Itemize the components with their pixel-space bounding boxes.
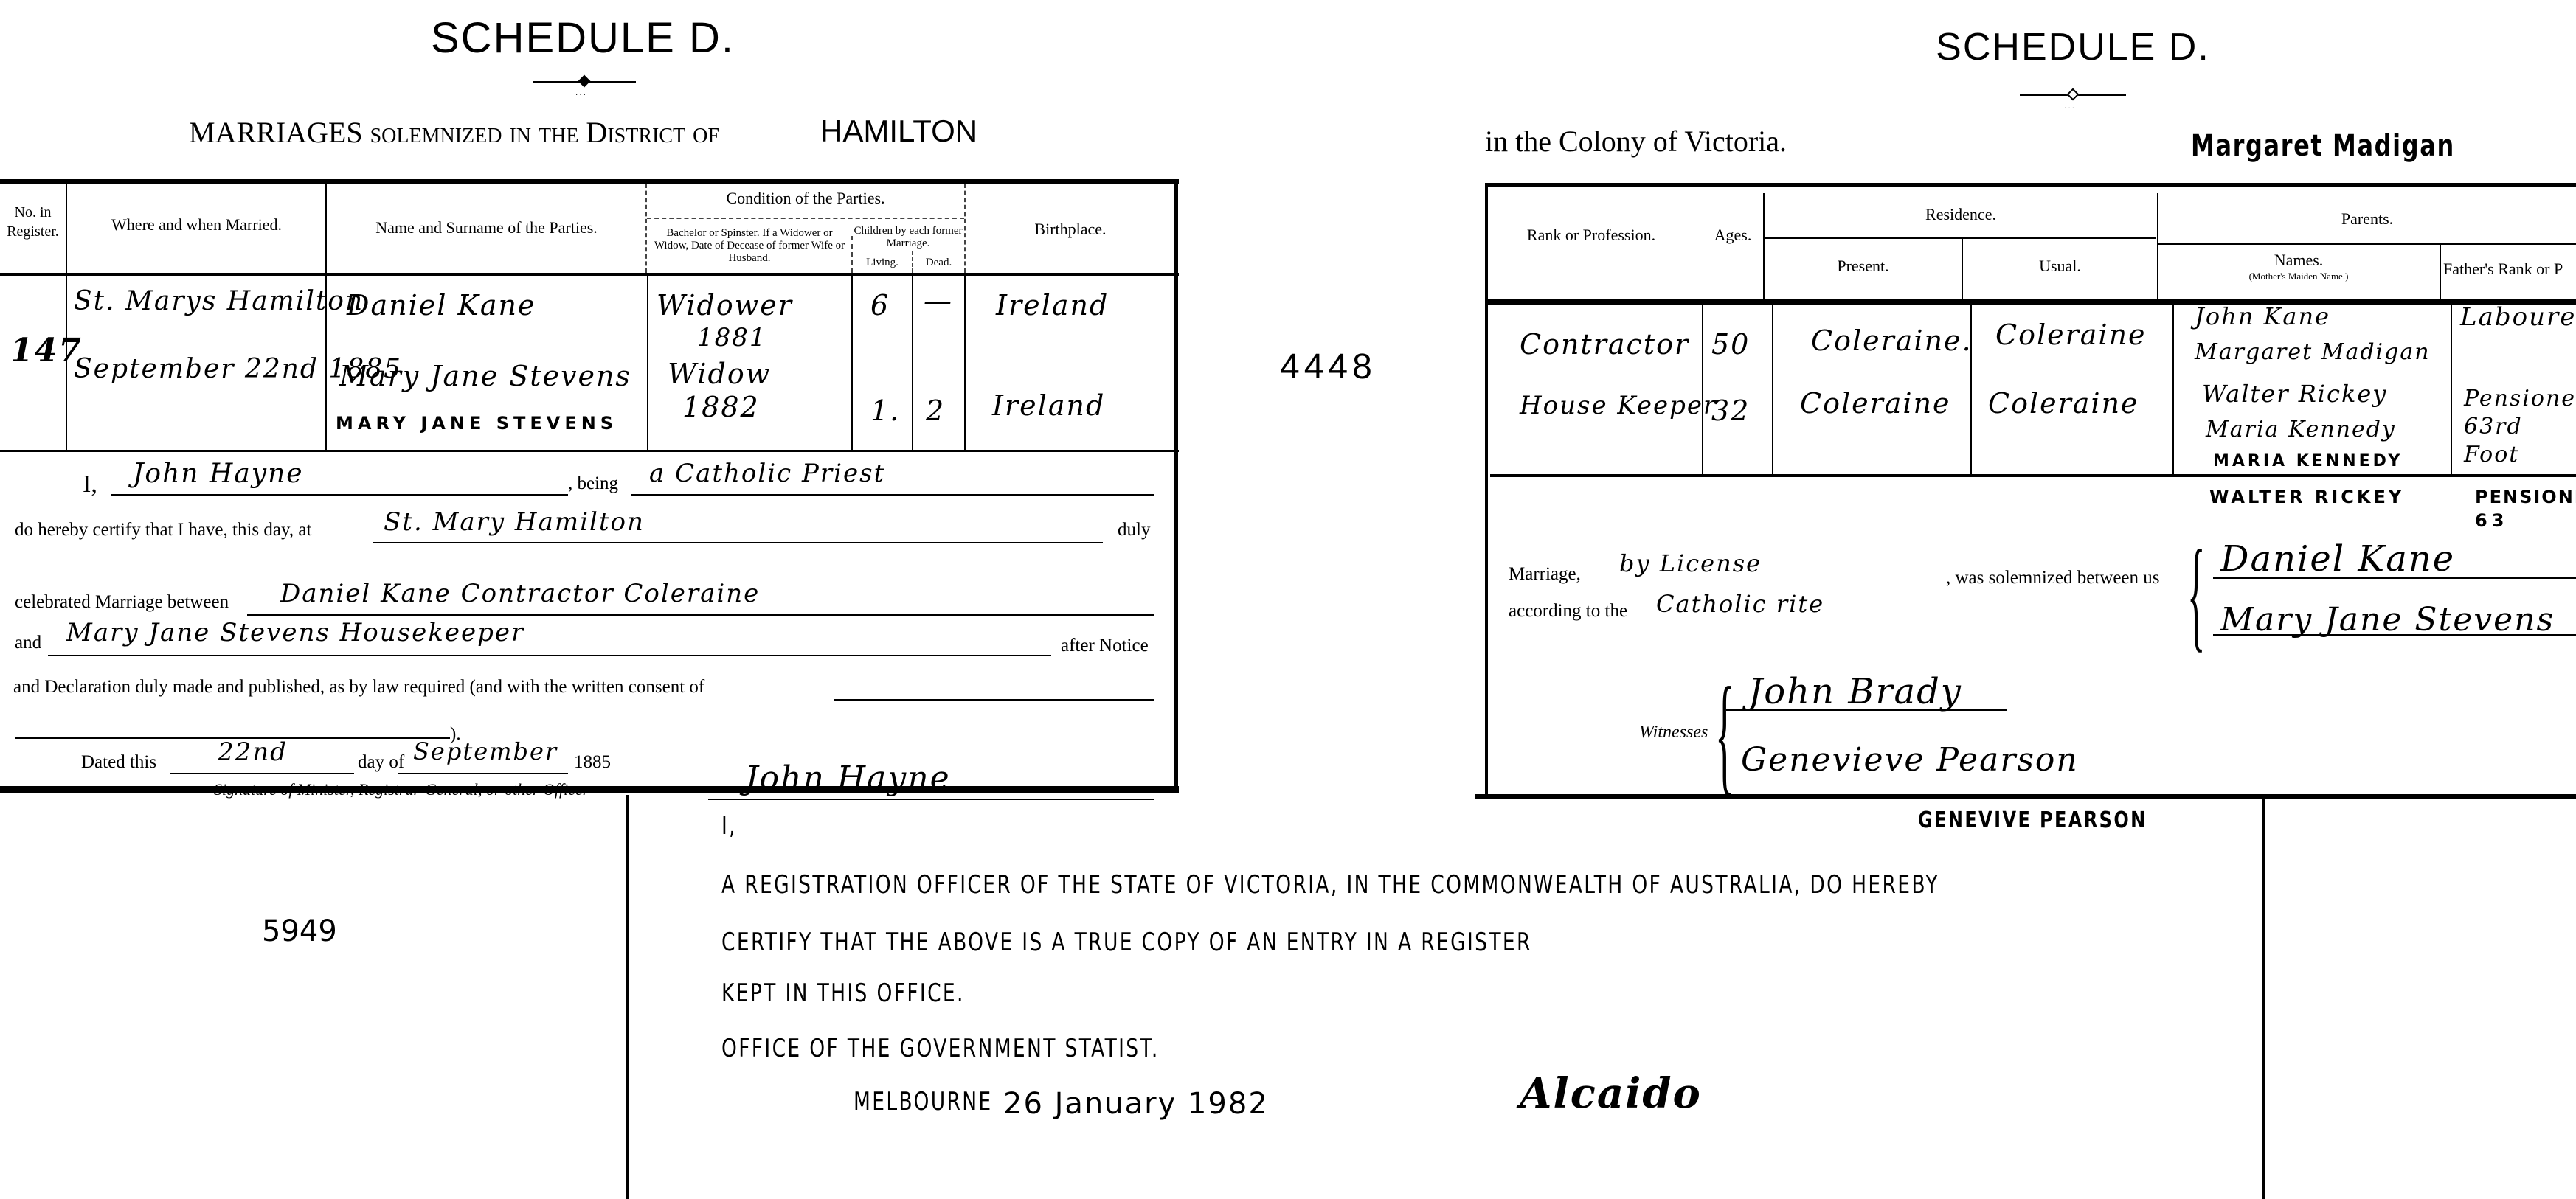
reference-number: 4448 [1280,347,1377,387]
marriage-place: St. Marys Hamilton [74,286,364,316]
header-usual: Usual. [1963,257,2157,276]
certificate-file-number: 5949 [262,914,337,948]
header-dead: Dead. [913,257,964,269]
header-residence: Residence. [1765,205,2157,224]
certificate-line-4: OFFICE OF THE GOVERNMENT STATIST. [721,1034,1160,1063]
certificate-date: 26 January 1982 [1003,1087,1269,1121]
party1-details: Daniel Kane Contractor Coleraine [280,579,760,608]
groom-father-name: John Kane [2195,302,2330,330]
district-name: HAMILTON [820,114,977,149]
bride-present-residence: Coleraine [1800,387,1951,420]
header-ages: Ages. [1704,226,1762,245]
groom-profession: Contractor [1520,328,1689,361]
header-names-sub: (Mother's Maiden Name.) [2158,270,2439,282]
certify-text: do hereby certify that I have, this day,… [15,520,311,541]
bride-children-dead: 2 [926,395,945,427]
header-living: Living. [853,257,912,269]
heading-prefix: MARRIAGES solemnized in the District of [189,116,719,149]
ceremony-location: St. Mary Hamilton [384,507,645,537]
groom-children-dead: — [924,285,953,317]
party2-signature: Mary Jane Stevens [2220,601,2555,639]
right-schedule-title: SCHEDULE D. [1918,25,2228,69]
according-label: according to the [1509,601,1627,622]
being-label: , being [568,473,618,494]
rank-printed-annotation: PENSIONER [2475,487,2576,507]
certificate-line-2: CERTIFY THAT THE ABOVE IS A TRUE COPY OF… [721,928,1532,957]
groom-condition-year: 1881 [697,323,767,352]
header-fathers-rank: Father's Rank or P [2443,260,2576,279]
header-where-when: Where and when Married. [68,215,325,234]
groom-birthplace: Ireland [996,289,1109,322]
header-name-surname: Name and Surname of the Parties. [328,218,645,237]
marriage-label: Marriage, [1509,564,1581,585]
left-ornament-icon: ··· [533,74,636,103]
header-birthplace: Birthplace. [966,220,1174,239]
solemnized-between-label: , was solemnized between us [1946,568,2160,588]
witness2-signature: Genevieve Pearson [1741,741,2079,779]
party1-signature: Daniel Kane [2220,538,2455,580]
celebrated-label: celebrated Marriage between [15,592,229,613]
after-notice-label: after Notice [1061,636,1149,656]
groom-present-residence: Coleraine. [1811,324,1973,357]
declaration-text: and Declaration duly made and published,… [13,677,704,698]
bride-birthplace: Ireland [992,389,1105,422]
groom-father-rank: Labourer [2460,302,2576,332]
witness1-signature: John Brady [1748,671,1962,712]
declaration-i-label: I, [83,470,97,498]
witness-brace-icon: { [1715,667,1734,800]
header-children: Children by each former Marriage. [853,225,963,250]
minister-signature: John Hayne [745,760,951,797]
groom-usual-residence: Coleraine [1995,319,2147,351]
certificate-line-3: KEPT IN THIS OFFICE. [721,979,965,1008]
bride-children-living: 1. [870,395,900,427]
certifying-officer-signature: Alcaido [1520,1069,1702,1118]
dated-day: 22nd [218,737,288,767]
certificate-line-1: A REGISTRATION OFFICER OF THE STATE OF V… [721,870,1939,900]
according-rite: Catholic rite [1656,590,1824,618]
annotation-name: Margaret Madigan [2191,129,2455,163]
left-schedule-title: SCHEDULE D. [428,13,738,63]
groom-children-living: 6 [870,289,890,322]
header-present: Present. [1765,257,1962,276]
district-heading: MARRIAGES solemnized in the District of [189,115,719,150]
groom-age: 50 [1711,328,1750,361]
day-of-label: day of [358,752,404,773]
certificate-i-label: I, [721,811,737,841]
party-brace-icon: { [2187,531,2205,656]
dated-year: 1885 [574,752,611,773]
bride-age: 32 [1711,395,1750,427]
header-condition: Condition of the Parties. [647,189,964,208]
bride-mother-name: Maria Kennedy [2206,417,2396,442]
bride-father-rank: Pensioner 63rd Foot [2464,385,2576,469]
header-names: Names. [2158,251,2439,270]
colony-heading: in the Colony of Victoria. [1485,124,1787,159]
bride-mother-printed: MARIA KENNEDY [2213,452,2403,470]
bride-usual-residence: Coleraine [1988,387,2139,420]
father-printed-annotation: WALTER RICKEY [2209,487,2404,507]
header-rank-profession: Rank or Profession. [1488,226,1694,245]
groom-mother-name: Margaret Madigan [2195,339,2431,365]
rank-number-annotation: 63 [2475,510,2508,531]
groom-condition: Widower [657,289,793,322]
bride-condition-year: 1882 [682,391,760,423]
dated-label: Dated this [81,752,156,773]
register-number: 147 [10,332,83,369]
right-ornament-icon: ··· [2020,87,2126,117]
dated-month: September [413,737,558,765]
groom-name: Daniel Kane [347,289,536,322]
certificate-place: MELBOURNE [854,1087,993,1116]
minister-name: John Hayne [133,459,304,489]
marriage-type: by License [1619,549,1762,577]
witnesses-label: Witnesses [1639,723,1708,743]
bride-name: Mary Jane Stevens [339,360,631,392]
registration-officer-name: GENEVIVE PEARSON [1918,807,2147,833]
bride-condition: Widow [668,358,771,390]
header-no-in-register: No. in Register. [0,203,66,241]
header-parents: Parents. [2158,209,2576,229]
minister-denomination: a Catholic Priest [649,459,885,488]
bride-profession: House Keeper [1520,391,1717,420]
and-label: and [15,633,41,653]
bride-name-printed: MARY JANE STEVENS [336,413,617,434]
duly-label: duly [1118,520,1150,541]
header-bachelor-spinster: Bachelor or Spinster. If a Widower or Wi… [649,227,850,265]
bride-father-name: Walter Rickey [2202,380,2387,408]
signature-label: Signature of Minister, Registrar-General… [214,780,589,799]
party2-details: Mary Jane Stevens Housekeeper [66,618,524,647]
